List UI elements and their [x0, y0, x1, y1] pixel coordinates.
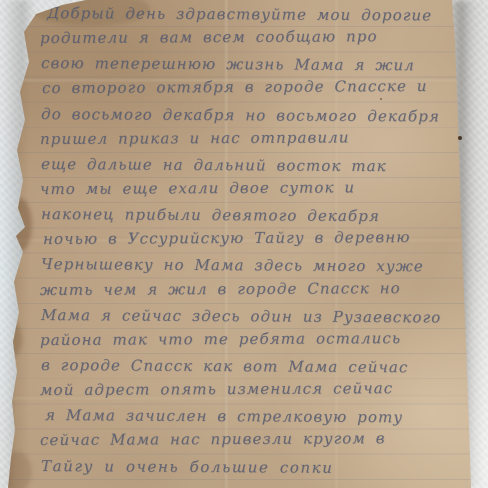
handwriting-line: родители я вам всем сообщаю про	[40, 24, 468, 51]
handwriting-line: района так что те ребята остались	[40, 326, 468, 353]
letter-paper: Добрый день здравствуйте мои дорогие род…	[0, 0, 488, 488]
handwriting-line: что мы еще ехали двое суток и	[40, 175, 468, 202]
handwriting-line: Тайгу и очень большие сопки	[41, 454, 469, 482]
handwriting-line: ночью в Уссурийскую Тайгу в деревню	[40, 225, 468, 252]
paper-speck	[458, 136, 462, 140]
paper-speck	[380, 98, 382, 100]
handwriting-line: сейчас Мама нас привезли кругом в	[40, 426, 468, 453]
handwriting-line: мой адрест опять изменился сейчас	[40, 376, 468, 403]
handwriting-line: пришел приказ и нас отправили	[40, 124, 468, 151]
handwriting-line: со второго октября в городе Спасске и	[40, 74, 468, 101]
photo-background: Добрый день здравствуйте мои дорогие род…	[0, 0, 488, 488]
handwriting: Добрый день здравствуйте мои дорогие род…	[40, 1, 468, 488]
handwriting-line: жить чем я жил в городе Спасск но	[40, 275, 468, 302]
